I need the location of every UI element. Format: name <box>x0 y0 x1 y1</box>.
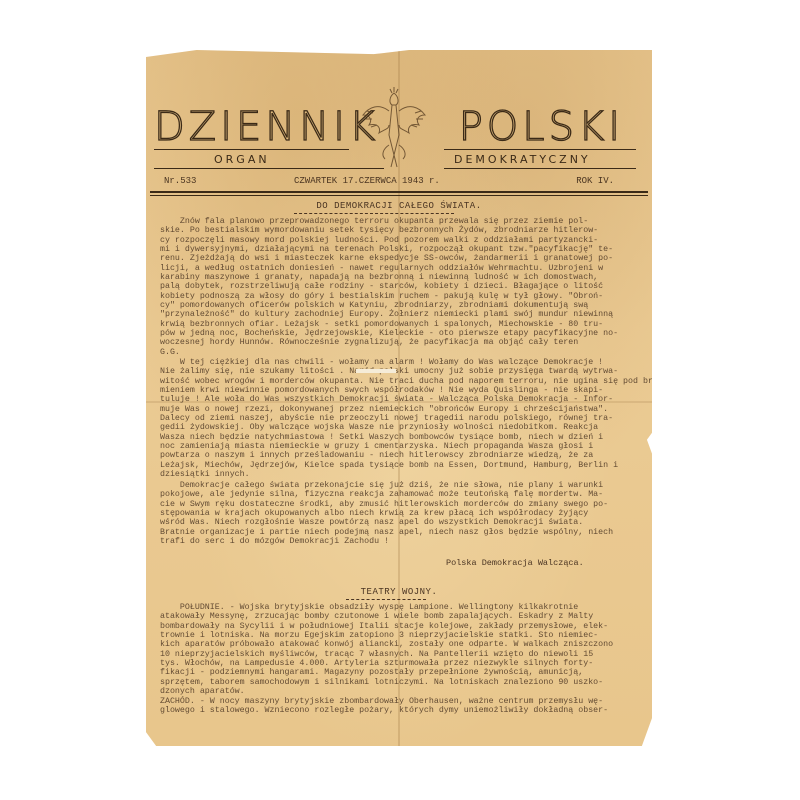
article2-headline-underline <box>346 599 426 600</box>
newspaper-page: DZIENNIK POLSKI ORGAN DEMOKRATYCZNY <box>146 50 652 746</box>
issue-date: CZWARTEK 17.CZERWCA 1943 r. <box>294 176 440 186</box>
masthead-title-right: POLSKI <box>459 105 624 149</box>
dateline: Nr.533 CZWARTEK 17.CZERWCA 1943 r. ROK I… <box>154 176 644 188</box>
dateline-rule-thin <box>150 195 648 196</box>
article1-paragraph-1: Znów fala planowo przeprowadzonego terro… <box>160 217 638 357</box>
paper-tear <box>356 369 396 373</box>
masthead-rule-right <box>444 149 636 150</box>
masthead-subtitle-right: DEMOKRATYCZNY <box>454 153 591 166</box>
issue-volume: ROK IV. <box>576 176 614 186</box>
article2-headline: TEATRY WOJNY. <box>146 587 652 597</box>
article1-signature: Polska Demokracja Walcząca. <box>446 558 584 568</box>
masthead-title-left: DZIENNIK <box>154 105 379 149</box>
eagle-emblem-icon <box>359 85 429 175</box>
subtitle-rule-left <box>154 168 384 169</box>
article2-paragraph-2: ZACHÓD. - W nocy maszyny brytyjskie zbom… <box>160 697 638 716</box>
article1-headline-underline <box>294 213 454 214</box>
subtitle-rule-right <box>444 168 636 169</box>
article1-paragraph-2: W tej ciężkiej dla nas chwili - wołamy n… <box>160 358 638 479</box>
masthead-subtitle-left: ORGAN <box>214 153 270 166</box>
article1-paragraph-3: Demokracje całego świata przekonajcie si… <box>160 481 638 546</box>
dateline-rule <box>150 191 648 193</box>
article2-paragraph-1: POŁUDNIE. - Wojska brytyjskie obsadziły … <box>160 603 638 696</box>
article1-headline: DO DEMOKRACJI CAŁEGO ŚWIATA. <box>146 201 652 211</box>
masthead-rule-left <box>154 149 349 150</box>
masthead: DZIENNIK POLSKI ORGAN DEMOKRATYCZNY <box>154 105 644 185</box>
issue-number: Nr.533 <box>164 176 196 186</box>
